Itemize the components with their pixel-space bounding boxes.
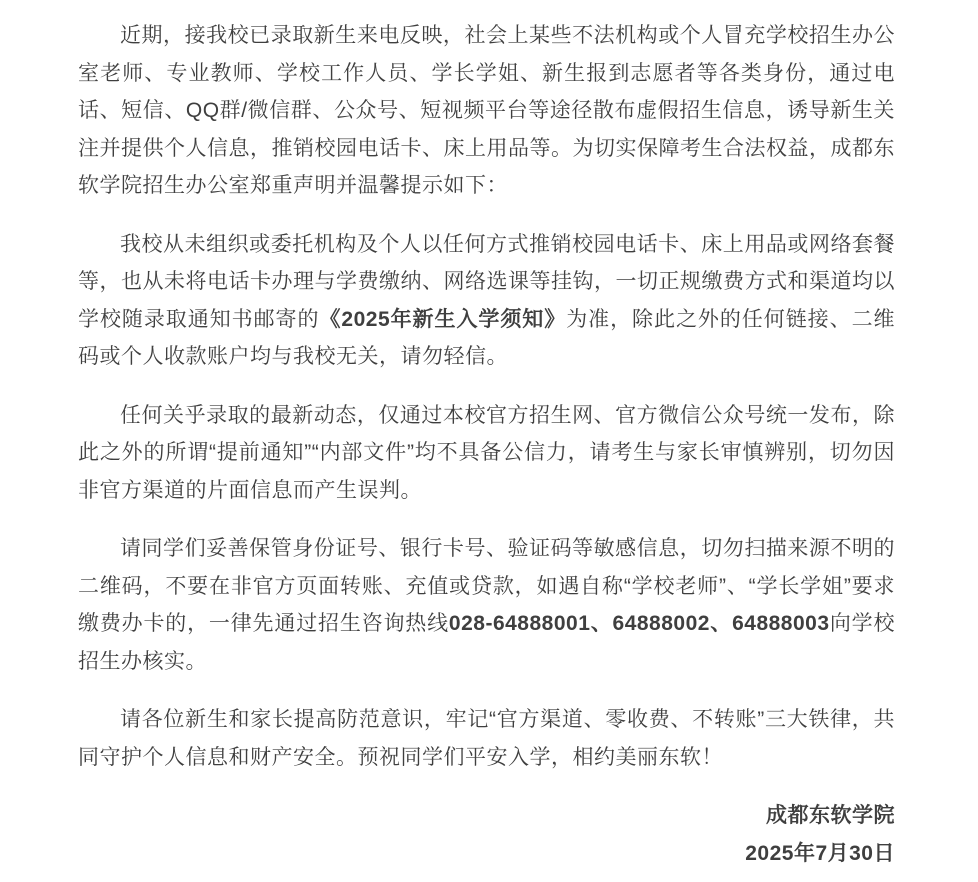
paragraph-5-text: 请各位新生和家长提高防范意识，牢记“官方渠道、零收费、不转账”三大铁律，共同守护… bbox=[78, 708, 895, 769]
admission-guide-title: 《2025年新生入学须知》 bbox=[319, 308, 566, 331]
paragraph-official-channels: 任何关乎录取的最新动态，仅通过本校官方招生网、官方微信公众号统一发布，除此之外的… bbox=[78, 397, 895, 510]
paragraph-3-text: 任何关乎录取的最新动态，仅通过本校官方招生网、官方微信公众号统一发布，除此之外的… bbox=[78, 404, 895, 502]
signature-block: 成都东软学院 2025年7月30日 bbox=[78, 797, 895, 872]
signature-date: 2025年7月30日 bbox=[78, 835, 895, 873]
notice-document: 近期，接我校已录取新生来电反映，社会上某些不法机构或个人冒充学校招生办公室老师、… bbox=[0, 0, 978, 882]
paragraph-intro-text: 近期，接我校已录取新生来电反映，社会上某些不法机构或个人冒充学校招生办公室老师、… bbox=[78, 24, 895, 197]
paragraph-security-advice: 请同学们妥善保管身份证号、银行卡号、验证码等敏感信息，切勿扫描来源不明的二维码，… bbox=[78, 530, 895, 680]
paragraph-intro: 近期，接我校已录取新生来电反映，社会上某些不法机构或个人冒充学校招生办公室老师、… bbox=[78, 17, 895, 205]
paragraph-no-sales-statement: 我校从未组织或委托机构及个人以任何方式推销校园电话卡、床上用品或网络套餐等，也从… bbox=[78, 226, 895, 376]
paragraph-closing: 请各位新生和家长提高防范意识，牢记“官方渠道、零收费、不转账”三大铁律，共同守护… bbox=[78, 701, 895, 776]
hotline-numbers: 028-64888001、64888002、64888003 bbox=[449, 612, 830, 635]
signature-name: 成都东软学院 bbox=[78, 797, 895, 835]
